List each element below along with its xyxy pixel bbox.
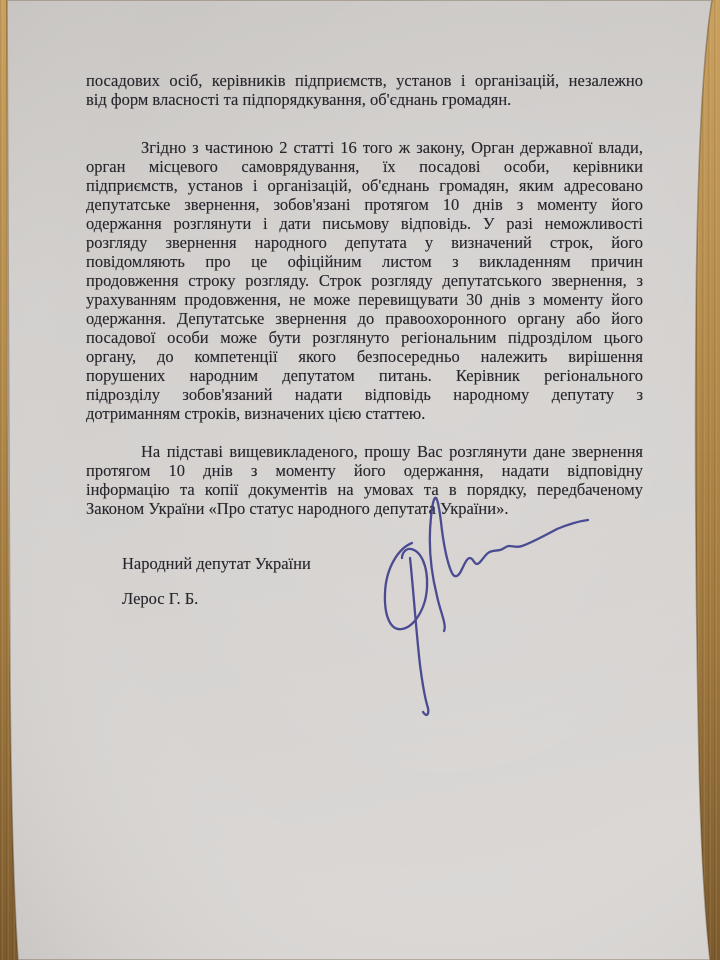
signature-block: Народний депутат України Лерос Г. Б. (86, 554, 643, 608)
text-line: повідомляють про це офіційним листом з в… (86, 252, 643, 271)
text-line: порушених народним депутатом питань. Кер… (86, 366, 643, 385)
text-line: підприємств, установ і організацій, об'є… (86, 176, 643, 195)
text-line: розгляду звернення народного депутата у … (86, 233, 643, 252)
text-line: Згідно з частиною 2 статті 16 того ж зак… (86, 138, 643, 157)
paragraph-continuation: посадових осіб, керівників підприємств, … (86, 71, 643, 109)
paragraph-request: На підставі вищевикладеного, прошу Вас р… (86, 442, 643, 518)
text-line: посадових осіб, керівників підприємств, … (86, 71, 643, 90)
text-line: інформацію та копії документів на умовах… (86, 480, 643, 499)
text-line: продовження строку розгляду. Строк розгл… (86, 271, 643, 290)
text-line: від форм власності та підпорядкування, о… (86, 90, 643, 109)
paragraph-law-quote: Згідно з частиною 2 статті 16 того ж зак… (86, 138, 643, 423)
photo-of-document: посадових осіб, керівників підприємств, … (0, 0, 720, 960)
text-line: дотриманням строків, визначених цією ста… (86, 404, 643, 423)
text-line: орган місцевого самоврядування, їх посад… (86, 157, 643, 176)
signatory-name: Лерос Г. Б. (122, 589, 643, 608)
text-line: урахуванням продовження, не може перевищ… (86, 290, 643, 309)
text-line: органу, до компетенції якого безпосередн… (86, 347, 643, 366)
text-line: підрозділу зобов'язаний надати відповідь… (86, 385, 643, 404)
letter-body: посадових осіб, керівників підприємств, … (86, 71, 643, 608)
signatory-title: Народний депутат України (122, 554, 643, 573)
text-line: На підставі вищевикладеного, прошу Вас р… (86, 442, 643, 461)
text-line: протягом 10 днів з моменту його одержанн… (86, 461, 643, 480)
text-line: одержання розглянути і дати письмову від… (86, 214, 643, 233)
text-line: депутатське звернення, зобов'язані протя… (86, 195, 643, 214)
text-line: одержання. Депутатське звернення до прав… (86, 309, 643, 328)
text-line: посадової особи може бути розглянуто рег… (86, 328, 643, 347)
text-line: Законом України «Про статус народного де… (86, 499, 643, 518)
